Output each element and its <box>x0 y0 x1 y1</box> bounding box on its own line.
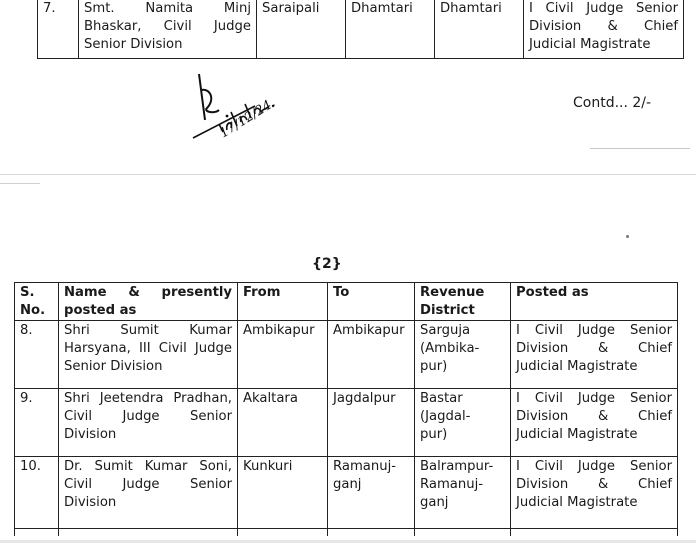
header-sno: S.No. <box>15 283 59 321</box>
from-cell: Kunkuri <box>238 457 328 529</box>
from-cell: Akaltara <box>238 389 328 457</box>
header-district: RevenueDistrict <box>415 283 511 321</box>
table-row: 7. Smt. Namita Minj Bhaskar, Civil Judge… <box>38 0 684 59</box>
posted-cell: I Civil Judge SeniorDivision & ChiefJudi… <box>511 389 678 457</box>
page-break-divider <box>0 174 696 175</box>
sno-cell: 8. <box>15 321 59 389</box>
name-cell: Smt. Namita Minj Bhaskar, Civil Judge Se… <box>79 0 257 59</box>
previous-page-table: 7. Smt. Namita Minj Bhaskar, Civil Judge… <box>37 0 684 59</box>
district-cell: Sarguja(Ambika-pur) <box>415 321 511 389</box>
page-number: {2} <box>312 256 342 272</box>
to-cell: Dhamtari <box>346 0 435 59</box>
sno-cell: 9. <box>15 389 59 457</box>
district-cell: Bastar(Jagdal-pur) <box>415 389 511 457</box>
name-cell: Shri Sumit KumarHarsyana, III Civil Judg… <box>59 321 238 389</box>
to-cell: Ambikapur <box>328 321 415 389</box>
sno-cell: 7. <box>38 0 79 59</box>
to-cell: Ramanuj-ganj <box>328 457 415 529</box>
signature-icon: 17/12/24. <box>185 70 305 150</box>
posted-cell: I Civil Judge Senior Division & Chief Ju… <box>524 0 684 59</box>
from-cell: Saraipali <box>257 0 346 59</box>
continued-note: Contd... 2/- <box>573 95 651 111</box>
name-cell: Dr. Sumit Kumar Soni,Civil Judge SeniorD… <box>59 457 238 529</box>
table-row: 8. Shri Sumit KumarHarsyana, III Civil J… <box>15 321 678 389</box>
table-row-partial <box>15 529 678 537</box>
header-from: From <box>238 283 328 321</box>
transfer-table: S.No. Name & presentlyposted as From To … <box>14 282 678 536</box>
header-posted: Posted as <box>511 283 678 321</box>
header-name: Name & presentlyposted as <box>59 283 238 321</box>
from-cell: Ambikapur <box>238 321 328 389</box>
district-cell: Dhamtari <box>435 0 524 59</box>
district-cell: Balrampur-Ramanuj-ganj <box>415 457 511 529</box>
posted-cell: I Civil Judge SeniorDivision & ChiefJudi… <box>511 457 678 529</box>
table-row: 10. Dr. Sumit Kumar Soni,Civil Judge Sen… <box>15 457 678 529</box>
table-header-row: S.No. Name & presentlyposted as From To … <box>15 283 678 321</box>
divider <box>590 148 690 149</box>
table-row: 9. Shri Jeetendra Pradhan,Civil Judge Se… <box>15 389 678 457</box>
svg-text:17/12/24.: 17/12/24. <box>217 96 278 142</box>
header-to: To <box>328 283 415 321</box>
posted-cell: I Civil Judge SeniorDivision & ChiefJudi… <box>511 321 678 389</box>
sno-cell: 10. <box>15 457 59 529</box>
scan-speck <box>626 235 629 238</box>
name-cell: Shri Jeetendra Pradhan,Civil Judge Senio… <box>59 389 238 457</box>
divider <box>0 183 40 184</box>
to-cell: Jagdalpur <box>328 389 415 457</box>
